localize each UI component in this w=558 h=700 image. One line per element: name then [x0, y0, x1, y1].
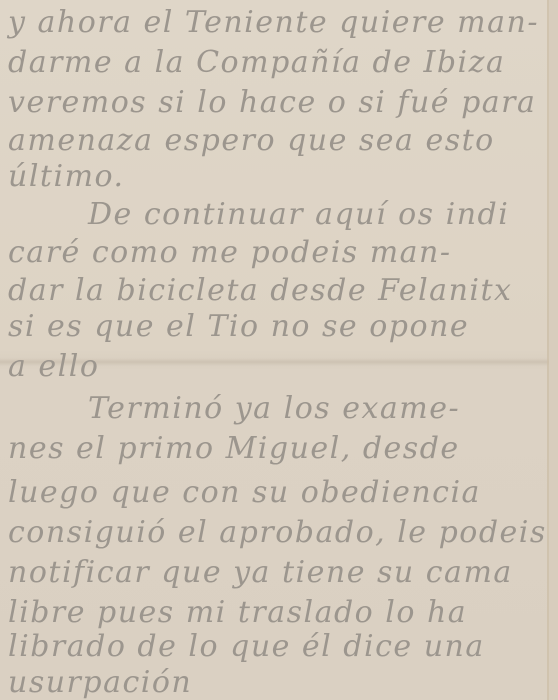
handwritten-line-7: caré como me podeis man- [8, 238, 452, 268]
handwritten-line-6: De continuar aquí os indi [88, 200, 509, 230]
letter-page: y ahora el Teniente quiere man- darme a … [0, 0, 558, 700]
handwritten-line-1: y ahora el Teniente quiere man- [8, 8, 539, 38]
paper-margin-strip [549, 0, 558, 700]
handwritten-line-5: último. [8, 162, 125, 192]
handwritten-line-13: luego que con su obediencia [8, 478, 481, 508]
handwritten-line-18: usurpación [8, 668, 192, 698]
handwritten-line-16: libre pues mi traslado lo ha [8, 598, 467, 628]
handwritten-line-8: dar la bicicleta desde Felanitx [8, 276, 512, 306]
handwritten-line-4: amenaza espero que sea esto [8, 126, 495, 156]
handwritten-line-14: consiguió el aprobado, le podeis [8, 518, 547, 548]
handwritten-line-10: a ello [8, 352, 99, 382]
handwritten-line-3: veremos si lo hace o si fué para [8, 88, 536, 118]
handwritten-line-11: Terminó ya los exame- [88, 394, 460, 424]
handwritten-line-12: nes el primo Miguel, desde [8, 434, 460, 464]
handwritten-line-2: darme a la Compañía de Ibiza [8, 48, 505, 78]
handwritten-line-17: librado de lo que él dice una [8, 632, 485, 662]
handwritten-line-9: si es que el Tio no se opone [8, 312, 469, 342]
handwritten-line-15: notificar que ya tiene su cama [8, 558, 513, 588]
